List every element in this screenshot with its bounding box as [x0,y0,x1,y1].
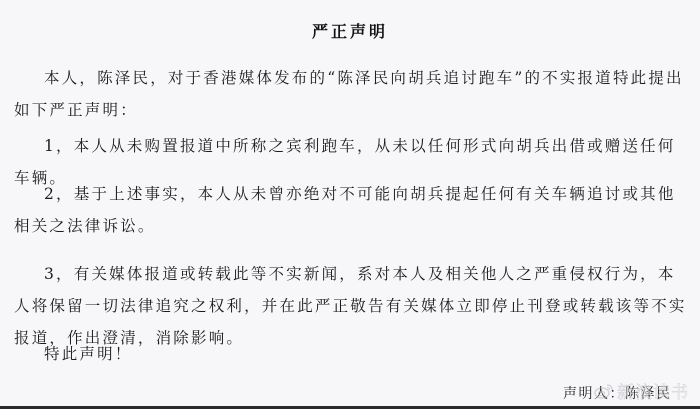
watermark: 新浪读书 [594,378,689,403]
intro-paragraph: 本人，陈泽民，对于香港媒体发布的“陈泽民向胡兵追讨跑车”的不实报道特此提出如下严… [14,62,690,126]
statement-item-2: 2，基于上述事实，本人从未曾亦绝对不可能向胡兵提起任何有关车辆追讨或其他相关之法… [14,178,690,242]
watermark-text: 新浪读书 [617,378,689,403]
statement-document: 严正声明 本人，陈泽民，对于香港媒体发布的“陈泽民向胡兵追讨跑车”的不实报道特此… [0,0,700,409]
document-title: 严正声明 [0,19,700,42]
weibo-icon [594,383,614,399]
closing-line: 特此声明！ [44,338,700,370]
